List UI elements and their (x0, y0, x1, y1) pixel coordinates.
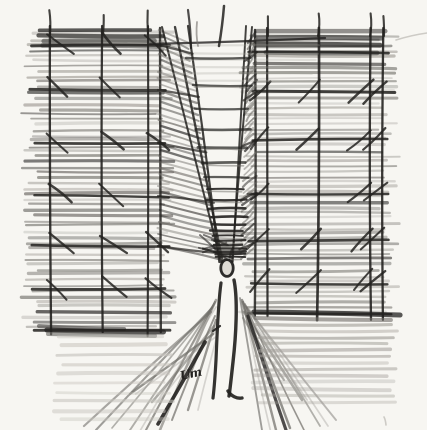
pencil-stroke (26, 192, 169, 193)
pencil-stroke (103, 15, 104, 34)
pencil-stroke (264, 331, 398, 332)
pencil-stroke (26, 55, 166, 56)
pencil-stroke (34, 130, 163, 131)
pencil-stroke (208, 208, 246, 209)
pencil-stroke (213, 211, 241, 212)
pencil-stroke (193, 85, 252, 86)
pencil-stroke (253, 381, 394, 382)
pencil-stroke (163, 67, 306, 68)
pencil-stroke (50, 26, 51, 334)
pencil-stroke (215, 233, 243, 234)
pencil-stroke (23, 317, 166, 318)
pencil-stroke (58, 373, 168, 374)
figure-head (221, 260, 233, 277)
pencil-stroke (41, 110, 159, 111)
pencil-stroke (251, 283, 387, 284)
pencil-stroke (254, 312, 400, 315)
pencil-stroke (35, 143, 165, 144)
pencil-stroke (214, 202, 243, 203)
pencil-stroke (195, 109, 248, 110)
pencil-stroke (257, 186, 396, 187)
pencil-stroke (32, 289, 165, 290)
pencil-stroke (244, 229, 384, 230)
pencil-stroke (209, 191, 242, 192)
pencil-stroke (249, 123, 397, 124)
pencil-stroke (258, 402, 395, 403)
pencil-stroke (210, 231, 243, 232)
pencil-stroke (219, 243, 243, 244)
pencil-stroke (29, 238, 159, 239)
pencil-stroke (35, 215, 172, 216)
pencil-stroke (382, 28, 383, 320)
pencil-stroke (256, 356, 390, 357)
pencil-stroke (186, 58, 250, 59)
pencil-stroke (27, 243, 161, 244)
pencil-stroke (163, 73, 311, 74)
pencil-stroke (247, 156, 400, 157)
pencil-stroke (28, 263, 158, 264)
pencil-stroke (206, 165, 243, 166)
pencil-stroke (147, 11, 148, 35)
pencil-stroke (25, 65, 163, 66)
pencil-stroke (247, 287, 399, 288)
pencil-stroke (25, 189, 173, 190)
pencil-stroke (37, 312, 170, 313)
pencil-stroke (34, 322, 175, 323)
pencil-stroke (202, 162, 245, 163)
pencil-stroke (21, 113, 156, 114)
pencil-stroke (256, 296, 385, 297)
pencil-stroke (168, 81, 315, 82)
pencil-stroke (370, 28, 371, 320)
pencil-stroke (260, 338, 394, 339)
pencil-stroke (256, 318, 391, 320)
pencil-stroke (260, 349, 390, 351)
pencil-stroke (148, 26, 149, 336)
pencil-stroke (39, 177, 163, 178)
pencil-stroke (49, 10, 50, 34)
pencil-stroke (38, 301, 175, 302)
pencil-stroke (255, 325, 391, 326)
pencil-stroke (196, 129, 251, 130)
pencil-stroke (25, 161, 174, 162)
pencil-stroke (207, 189, 244, 190)
pencil-stroke (253, 388, 389, 390)
pencil-stroke (240, 196, 381, 197)
pencil-stroke (242, 212, 390, 213)
pencil-stroke (256, 302, 384, 303)
pencil-sketch: Um (0, 0, 427, 430)
pencil-stroke (239, 130, 378, 131)
pencil-stroke (102, 26, 103, 332)
pencil-stroke (250, 107, 381, 108)
pencil-stroke (249, 103, 378, 104)
pencil-stroke (218, 238, 241, 239)
pencil-stroke (163, 45, 319, 46)
pencil-stroke (262, 395, 393, 396)
pencil-stroke (26, 255, 164, 256)
pencil-stroke (263, 343, 387, 344)
pencil-stroke (251, 281, 388, 282)
pencil-stroke (44, 40, 155, 41)
pencil-stroke (26, 224, 174, 225)
pencil-stroke (252, 244, 398, 245)
pencil-stroke (62, 344, 166, 345)
pencil-stroke (212, 216, 248, 217)
pencil-stroke (255, 369, 396, 370)
pencil-stroke (248, 160, 386, 161)
pencil-stroke (36, 123, 163, 124)
pencil-stroke (57, 393, 170, 394)
pencil-stroke (254, 208, 379, 209)
pencil-stroke (194, 87, 246, 88)
pencil-stroke (39, 305, 169, 306)
pencil-stroke (34, 60, 162, 61)
pencil-stroke (250, 181, 394, 182)
pencil-stroke (214, 245, 242, 246)
pencil-stroke (213, 235, 244, 236)
pencil-stroke (204, 177, 248, 178)
pencil-stroke (257, 171, 383, 172)
pencil-stroke (55, 382, 165, 383)
sketch-page: Um (0, 0, 427, 430)
pencil-stroke (244, 253, 390, 254)
pencil-stroke (241, 178, 384, 179)
pencil-stroke (38, 172, 174, 173)
pencil-stroke (256, 291, 389, 292)
pencil-stroke (214, 240, 245, 241)
pencil-stroke (255, 55, 394, 56)
pencil-stroke (54, 400, 173, 401)
pencil-stroke (25, 105, 159, 106)
pencil-stroke (253, 271, 378, 272)
pencil-stroke (25, 150, 168, 151)
pencil-stroke (38, 270, 162, 271)
pencil-stroke (383, 16, 384, 36)
pencil-stroke (57, 354, 172, 355)
pencil-stroke (255, 375, 387, 376)
